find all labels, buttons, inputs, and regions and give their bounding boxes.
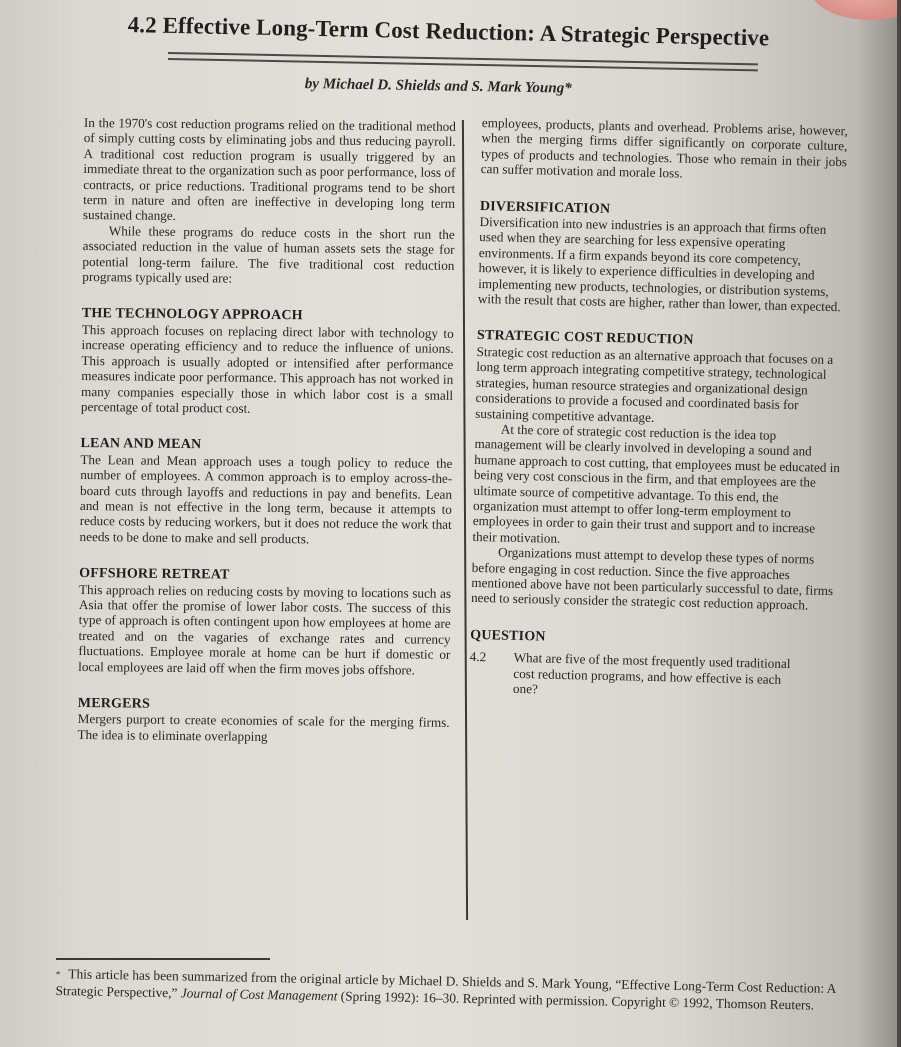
title-rule-bottom: [168, 58, 758, 71]
section-mergers: MERGERS Mergers purport to create econom…: [77, 696, 449, 746]
left-column: In the 1970's cost reduction programs re…: [77, 115, 456, 746]
intro-paragraph: While these programs do reduce costs in …: [82, 223, 455, 289]
question-item: 4.2 What are five of the most frequently…: [469, 649, 836, 704]
byline: by Michael D. Shields and S. Mark Young*: [305, 76, 572, 98]
question-heading: QUESTION: [470, 628, 836, 652]
section-body: This approach relies on reducing costs b…: [78, 582, 451, 678]
section-strategic-cost-reduction: STRATEGIC COST REDUCTION Strategic cost …: [471, 328, 843, 614]
question-text: What are five of the most frequently use…: [513, 650, 804, 703]
column-divider: [462, 120, 468, 920]
section-body: This approach focuses on replacing direc…: [81, 322, 454, 418]
footnote-rule: [56, 958, 270, 960]
section-technology-approach: THE TECHNOLOGY APPROACH This approach fo…: [81, 306, 454, 418]
question-section: QUESTION 4.2 What are five of the most f…: [469, 628, 836, 704]
intro-paragraph: In the 1970's cost reduction programs re…: [83, 115, 456, 227]
footnote-marker: *: [56, 969, 61, 979]
section-body: Organizations must attempt to develop th…: [471, 544, 838, 614]
section-body: Strategic cost reduction as an alternati…: [475, 344, 843, 429]
section-body: At the core of strategic cost reduction …: [472, 421, 841, 553]
section-body: employees, products, plants and overhead…: [481, 115, 848, 185]
mergers-continuation: employees, products, plants and overhead…: [481, 115, 848, 185]
section-body: Mergers purport to create economies of s…: [77, 711, 449, 746]
finger-thumb: [811, 0, 901, 20]
footnote-journal: Journal of Cost Management: [181, 985, 338, 1003]
question-number: 4.2: [469, 649, 514, 696]
section-diversification: DIVERSIFICATION Diversification into new…: [478, 199, 846, 315]
page-edge: [897, 0, 901, 1047]
section-body: The Lean and Mean approach uses a tough …: [80, 452, 453, 548]
article-title: 4.2 Effective Long-Term Cost Reduction: …: [127, 12, 827, 53]
intro-section: In the 1970's cost reduction programs re…: [82, 115, 456, 288]
section-lean-and-mean: LEAN AND MEAN The Lean and Mean approach…: [80, 436, 453, 548]
section-offshore-retreat: OFFSHORE RETREAT This approach relies on…: [78, 566, 451, 678]
section-body: Diversification into new industries is a…: [478, 214, 846, 315]
right-column: employees, products, plants and overhead…: [469, 115, 848, 704]
footnote: *This article has been summarized from t…: [55, 966, 855, 1014]
